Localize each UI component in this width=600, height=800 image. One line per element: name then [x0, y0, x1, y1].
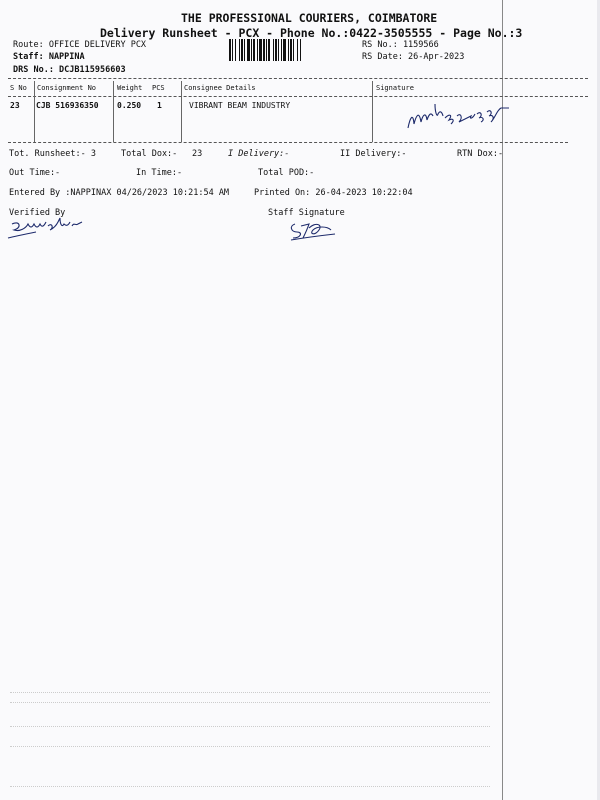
printed-on: Printed On: 26-04-2023 10:22:04 — [254, 188, 413, 198]
entered-by: Entered By :NAPPINAX 04/26/2023 10:21:54… — [9, 188, 229, 198]
col-header-consignee: Consignee Details — [184, 84, 256, 92]
col-header-weight: Weight — [117, 84, 142, 92]
table-bottom-rule — [8, 142, 568, 143]
scan-noise — [10, 726, 490, 728]
scan-noise — [10, 692, 490, 694]
drs-number: DRS No.: DCJB115956603 — [13, 65, 126, 75]
rtn-dox: RTN Dox:- — [457, 149, 503, 159]
col-header-consignment: Consignment No — [37, 84, 96, 92]
cell-weight: 0.250 — [117, 101, 141, 110]
cell-consignment-no: CJB 516936350 — [36, 101, 99, 110]
staff-signature — [287, 218, 342, 244]
rs-date: RS Date: 26-Apr-2023 — [362, 52, 464, 62]
col-divider-3 — [181, 81, 182, 142]
in-time: In Time:- — [136, 168, 182, 178]
cell-consignee: VIBRANT BEAM INDUSTRY — [189, 101, 290, 110]
ii-delivery: II Delivery:- — [340, 149, 407, 159]
scan-noise — [10, 786, 490, 788]
col-header-signature: Signature — [376, 84, 414, 92]
col-divider-2 — [113, 81, 114, 142]
runsheet-subtitle: Delivery Runsheet - PCX - Phone No.:0422… — [100, 26, 522, 40]
col-divider-4 — [372, 81, 373, 142]
cell-sno: 23 — [10, 101, 20, 110]
staff-signature-label: Staff Signature — [268, 208, 345, 218]
scan-noise — [10, 746, 490, 748]
receiver-signature — [405, 96, 525, 136]
table-top-rule — [8, 78, 588, 79]
rs-number: RS No.: 1159566 — [362, 40, 439, 50]
i-delivery: I Delivery:- — [228, 149, 289, 159]
total-pod: Total POD:- — [258, 168, 314, 178]
col-divider-1 — [34, 81, 35, 142]
total-dox-label: Total Dox:- — [121, 149, 177, 159]
route-label: Route: OFFICE DELIVERY PCX — [13, 40, 146, 50]
scan-noise — [10, 702, 490, 704]
col-header-pcs: PCS — [152, 84, 165, 92]
total-runsheet: Tot. Runsheet:- 3 — [9, 149, 96, 159]
company-title: THE PROFESSIONAL COURIERS, COIMBATORE — [181, 11, 437, 25]
verifier-signature — [6, 214, 96, 244]
total-dox-value: 23 — [192, 149, 202, 159]
out-time: Out Time:- — [9, 168, 60, 178]
staff-label: Staff: NAPPINA — [13, 52, 85, 62]
cell-pcs: 1 — [157, 101, 162, 110]
barcode — [229, 39, 354, 61]
col-header-sno: S No — [10, 84, 27, 92]
